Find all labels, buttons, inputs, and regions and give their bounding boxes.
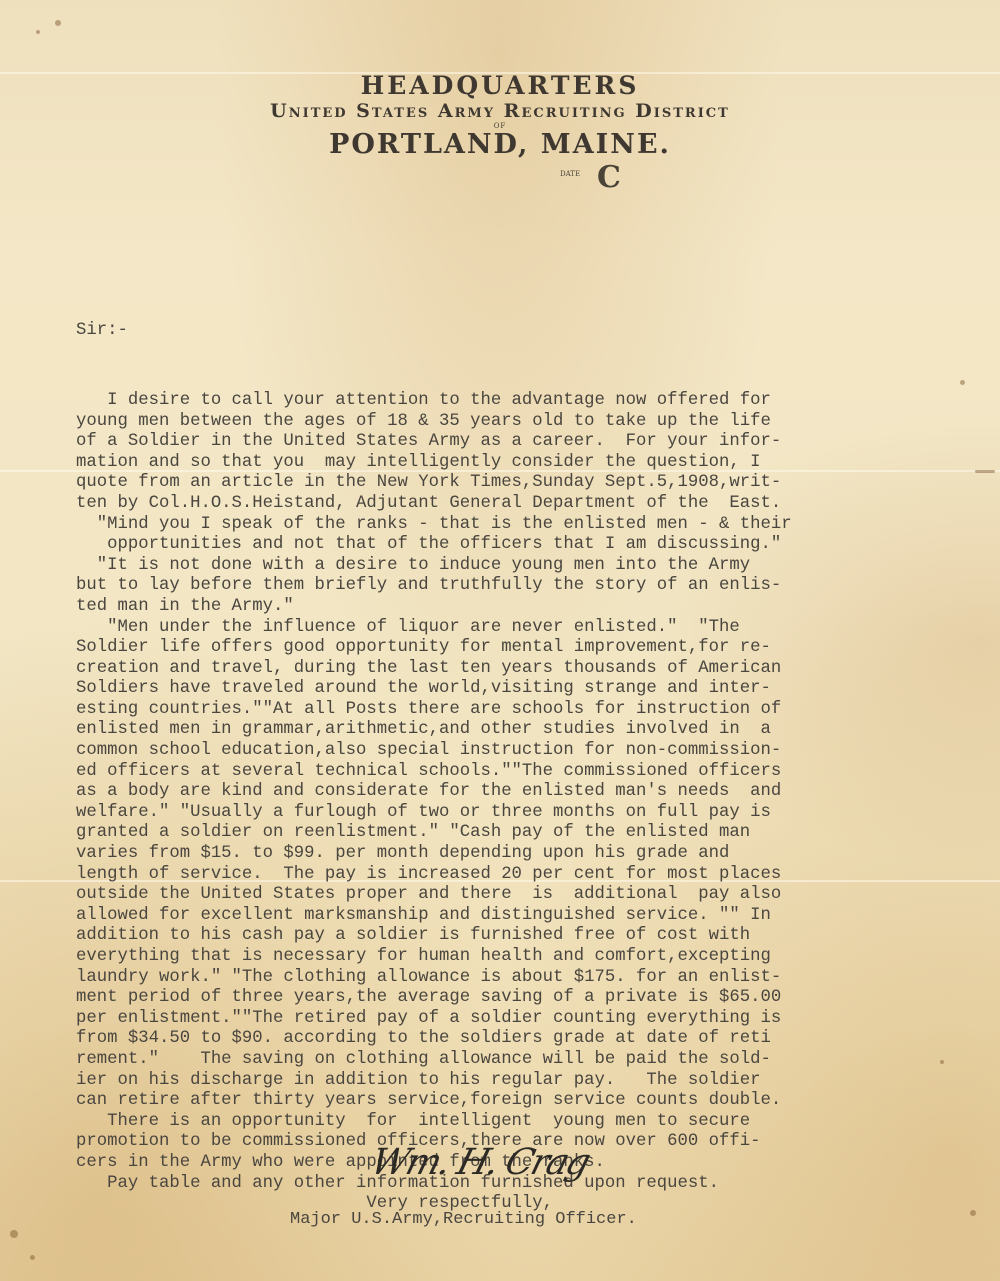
letter-line: can retire after thirty years service,fo… (76, 1091, 946, 1112)
salutation: Sir:- (76, 321, 946, 342)
letterhead-headquarters: HEADQUARTERS (0, 72, 1000, 100)
age-spot (10, 1230, 18, 1238)
letter-line: ed officers at several technical schools… (76, 762, 946, 783)
letter-line: welfare." "Usually a furlough of two or … (76, 803, 946, 824)
letter-line: as a body are kind and considerate for t… (76, 782, 946, 803)
letter-line: I desire to call your attention to the a… (76, 391, 946, 412)
letter-line: creation and travel, during the last ten… (76, 659, 946, 680)
letter-line: esting countries.""At all Posts there ar… (76, 700, 946, 721)
letter-line: from $34.50 to $90. according to the sol… (76, 1029, 946, 1050)
letter-line: but to lay before them briefly and truth… (76, 576, 946, 597)
letterhead: HEADQUARTERS United States Army Recruiti… (0, 72, 1000, 160)
letter-line: Soldiers have traveled around the world,… (76, 679, 946, 700)
letter-line: mation and so that you may intelligently… (76, 453, 946, 474)
age-spot (55, 20, 61, 26)
letter-line: rement." The saving on clothing allowanc… (76, 1050, 946, 1071)
letter-line: granted a soldier on reenlistment." "Cas… (76, 823, 946, 844)
date-label: DATE (560, 170, 580, 178)
letter-line: varies from $15. to $99. per month depen… (76, 844, 946, 865)
letter-line: "It is not done with a desire to induce … (76, 556, 946, 577)
letter-line: ten by Col.H.O.S.Heistand, Adjutant Gene… (76, 494, 946, 515)
letter-line: of a Soldier in the United States Army a… (76, 432, 946, 453)
letter-line: ted man in the Army." (76, 597, 946, 618)
age-spot (30, 1255, 35, 1260)
letter-line: outside the United States proper and the… (76, 885, 946, 906)
signer-title: Major U.S.Army,Recruiting Officer. (290, 1210, 637, 1229)
letter-paragraphs: I desire to call your attention to the a… (76, 391, 946, 1215)
letter-line: allowed for excellent marksmanship and d… (76, 906, 946, 927)
age-spot (960, 380, 965, 385)
letter-line: Soldier life offers good opportunity for… (76, 638, 946, 659)
letter-line: length of service. The pay is increased … (76, 865, 946, 886)
date-ornament-icon: C (597, 160, 621, 195)
age-spot (975, 470, 995, 473)
letter-body: Sir:- I desire to call your attention to… (76, 280, 946, 1235)
letter-line: "Mind you I speak of the ranks - that is… (76, 515, 946, 536)
letter-line: quote from an article in the New York Ti… (76, 473, 946, 494)
letter-line: everything that is necessary for human h… (76, 947, 946, 968)
letter-line: young men between the ages of 18 & 35 ye… (76, 412, 946, 433)
letter-line: enlisted men in grammar,arithmetic,and o… (76, 720, 946, 741)
letterhead-city: PORTLAND, MAINE. (0, 130, 1000, 160)
age-spot (970, 1210, 976, 1216)
letter-line: There is an opportunity for intelligent … (76, 1112, 946, 1133)
letter-line: per enlistment.""The retired pay of a so… (76, 1009, 946, 1030)
letter-line: "Men under the influence of liquor are n… (76, 618, 946, 639)
letter-line: ier on his discharge in addition to his … (76, 1071, 946, 1092)
letter-line: common school education,also special ins… (76, 741, 946, 762)
letter-line: ment period of three years,the average s… (76, 988, 946, 1009)
handwritten-signature: Wm. H. Crag (367, 1142, 594, 1183)
letterhead-district: United States Army Recruiting District (0, 100, 1000, 122)
letter-line: laundry work." "The clothing allowance i… (76, 968, 946, 989)
letter-line: opportunities and not that of the office… (76, 535, 946, 556)
letter-line: addition to his cash pay a soldier is fu… (76, 926, 946, 947)
age-spot (36, 30, 40, 34)
